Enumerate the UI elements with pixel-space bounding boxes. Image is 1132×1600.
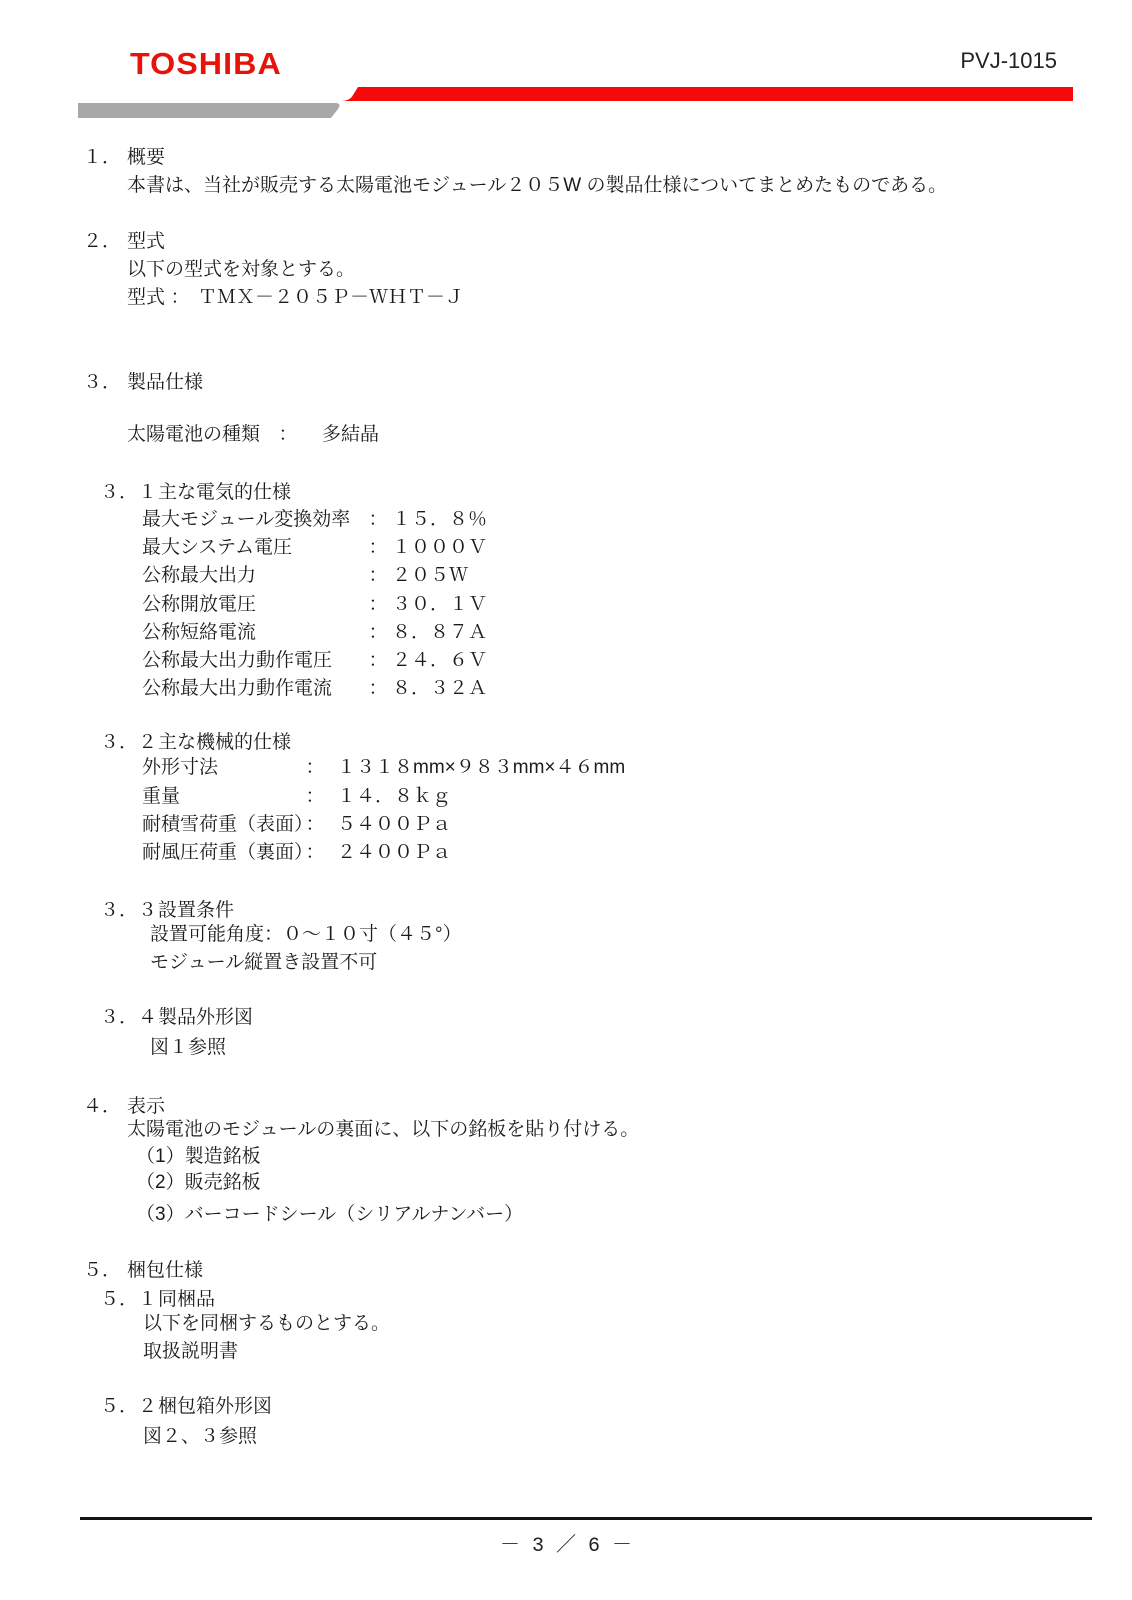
header-decorative-bars: [0, 0, 1132, 130]
section-5-number: ５．: [83, 1257, 127, 1285]
spec-value: ２０５Ｗ: [392, 565, 468, 586]
section-3-heading: ３．製品仕様: [83, 369, 203, 397]
spec-row: 外形寸法：１３１８mm×９８３mm×４６mm: [142, 754, 625, 782]
spec-row: 公称最大出力：２０５Ｗ: [142, 562, 468, 590]
spec-label: 耐積雪荷重（表面）: [142, 811, 305, 839]
spec-colon: ：: [368, 562, 388, 590]
spec-colon: ：: [305, 839, 325, 867]
spec-value: ２４００Ｐａ: [337, 842, 451, 863]
spec-label: 公称最大出力動作電圧: [142, 647, 368, 675]
spec-label: 公称短絡電流: [142, 619, 368, 647]
section-2-number: ２．: [83, 228, 127, 256]
spec-colon: ：: [368, 675, 388, 703]
cell-type-value: 多結晶: [322, 424, 379, 445]
spec-colon: ：: [305, 783, 325, 811]
spec-colon: ：: [368, 534, 388, 562]
section-3-2-number: ３．２: [100, 729, 158, 757]
spec-value: １３１８mm×９８３mm×４６mm: [337, 757, 625, 778]
spec-label: 最大システム電圧: [142, 534, 368, 562]
section-3-2-title: 主な機械的仕様: [158, 732, 291, 753]
section-3-4-body: 図１参照: [150, 1034, 226, 1062]
cell-type-line: 太陽電池の種類：多結晶: [127, 421, 379, 449]
section-3-number: ３．: [83, 369, 127, 397]
spec-label: 公称最大出力動作電流: [142, 675, 368, 703]
spec-row: 公称短絡電流：８．８７Ａ: [142, 619, 487, 647]
spec-colon: ：: [368, 619, 388, 647]
section-3-1-title: 主な電気的仕様: [158, 482, 291, 503]
spec-colon: ：: [305, 754, 325, 782]
spec-colon: ：: [368, 647, 388, 675]
list-item: （3）バーコードシール（シリアルナンバー）: [136, 1201, 523, 1229]
spec-row: 最大モジュール変換効率：１５．８％: [142, 506, 487, 534]
installation-angle-line: 設置可能角度：０～１０寸（４５°）: [150, 921, 462, 949]
spec-row: 耐積雪荷重（表面）：５４００Ｐａ: [142, 811, 451, 839]
model-colon: ：: [170, 284, 190, 312]
section-1-heading: １．概要: [83, 144, 165, 172]
section-3-title: 製品仕様: [127, 372, 203, 393]
page-indicator: － 3 ／ 6 －: [0, 1528, 1132, 1558]
spec-row: 公称最大出力動作電圧：２４．６Ｖ: [142, 647, 487, 675]
spec-label: 最大モジュール変換効率: [142, 506, 368, 534]
model-line: 型式：ＴＭＸ－２０５Ｐ－ＷＨＴ－Ｊ: [127, 284, 464, 312]
included-item-manual: 取扱説明書: [143, 1338, 238, 1366]
section-1-number: １．: [83, 144, 127, 172]
section-1-title: 概要: [127, 147, 165, 168]
spec-row: 耐風圧荷重（裏面）：２４００Ｐａ: [142, 839, 451, 867]
section-3-4-heading: ３．４製品外形図: [100, 1004, 253, 1032]
section-2-title: 型式: [127, 231, 165, 252]
section-4-number: ４．: [83, 1093, 127, 1121]
list-item: （1）製造銘板: [136, 1143, 261, 1171]
spec-row: 公称最大出力動作電流：８．３２Ａ: [142, 675, 487, 703]
gray-bar: [78, 103, 339, 118]
spec-value: ８．３２Ａ: [392, 678, 487, 699]
included-items-intro: 以下を同梱するものとする。: [143, 1310, 390, 1338]
cell-type-label: 太陽電池の種類: [127, 424, 260, 445]
spec-colon: ：: [305, 811, 325, 839]
spec-value: １５．８％: [392, 509, 487, 530]
section-2-heading: ２．型式: [83, 228, 165, 256]
list-item: （2）販売銘板: [136, 1169, 261, 1197]
section-3-1-number: ３．１: [100, 479, 158, 507]
spec-value: ５４００Ｐａ: [337, 814, 451, 835]
spec-label: 重量: [142, 783, 305, 811]
spec-value: １０００Ｖ: [392, 537, 487, 558]
installation-restriction-line: モジュール縦置き設置不可: [150, 949, 377, 977]
spec-row: 重量：１４．８ｋｇ: [142, 783, 451, 811]
model-label: 型式: [127, 287, 165, 308]
section-3-2-heading: ３．２主な機械的仕様: [100, 729, 291, 757]
spec-label: 公称開放電圧: [142, 591, 368, 619]
spec-label: 耐風圧荷重（裏面）: [142, 839, 305, 867]
section-2-body: 以下の型式を対象とする。: [127, 256, 355, 284]
section-3-3-title: 設置条件: [158, 900, 234, 921]
red-bar: [341, 87, 1073, 101]
spec-value: ３０．１Ｖ: [392, 594, 487, 615]
cell-type-colon: ：: [278, 421, 298, 449]
spec-row: 公称開放電圧：３０．１Ｖ: [142, 591, 487, 619]
section-5-title: 梱包仕様: [127, 1260, 203, 1281]
section-5-2-number: ５．２: [100, 1393, 158, 1421]
spec-value: ２４．６Ｖ: [392, 650, 487, 671]
document-page: TOSHIBA PVJ-1015 １．概要 本書は、当社が販売する太陽電池モジュ…: [0, 0, 1132, 1600]
model-value: ＴＭＸ－２０５Ｐ－ＷＨＴ－Ｊ: [198, 287, 464, 308]
section-4-body: 太陽電池のモジュールの裏面に、以下の銘板を貼り付ける。: [127, 1116, 639, 1144]
spec-label: 外形寸法: [142, 754, 305, 782]
section-5-2-body: 図２、３参照: [143, 1423, 257, 1451]
spec-row: 最大システム電圧：１０００Ｖ: [142, 534, 487, 562]
section-3-1-heading: ３．１主な電気的仕様: [100, 479, 291, 507]
spec-value: １４．８ｋｇ: [337, 786, 451, 807]
section-5-heading: ５．梱包仕様: [83, 1257, 203, 1285]
section-5-2-title: 梱包箱外形図: [158, 1396, 272, 1417]
section-4-title: 表示: [127, 1096, 165, 1117]
spec-value: ８．８７Ａ: [392, 622, 487, 643]
footer-divider: [80, 1517, 1092, 1520]
section-5-2-heading: ５．２梱包箱外形図: [100, 1393, 272, 1421]
section-3-4-title: 製品外形図: [158, 1007, 253, 1028]
spec-colon: ：: [368, 506, 388, 534]
section-1-body: 本書は、当社が販売する太陽電池モジュール２０５W の製品仕様についてまとめたもの…: [127, 172, 947, 200]
spec-colon: ：: [368, 591, 388, 619]
spec-label: 公称最大出力: [142, 562, 368, 590]
section-3-4-number: ３．４: [100, 1004, 158, 1032]
section-5-1-title: 同梱品: [158, 1289, 215, 1310]
